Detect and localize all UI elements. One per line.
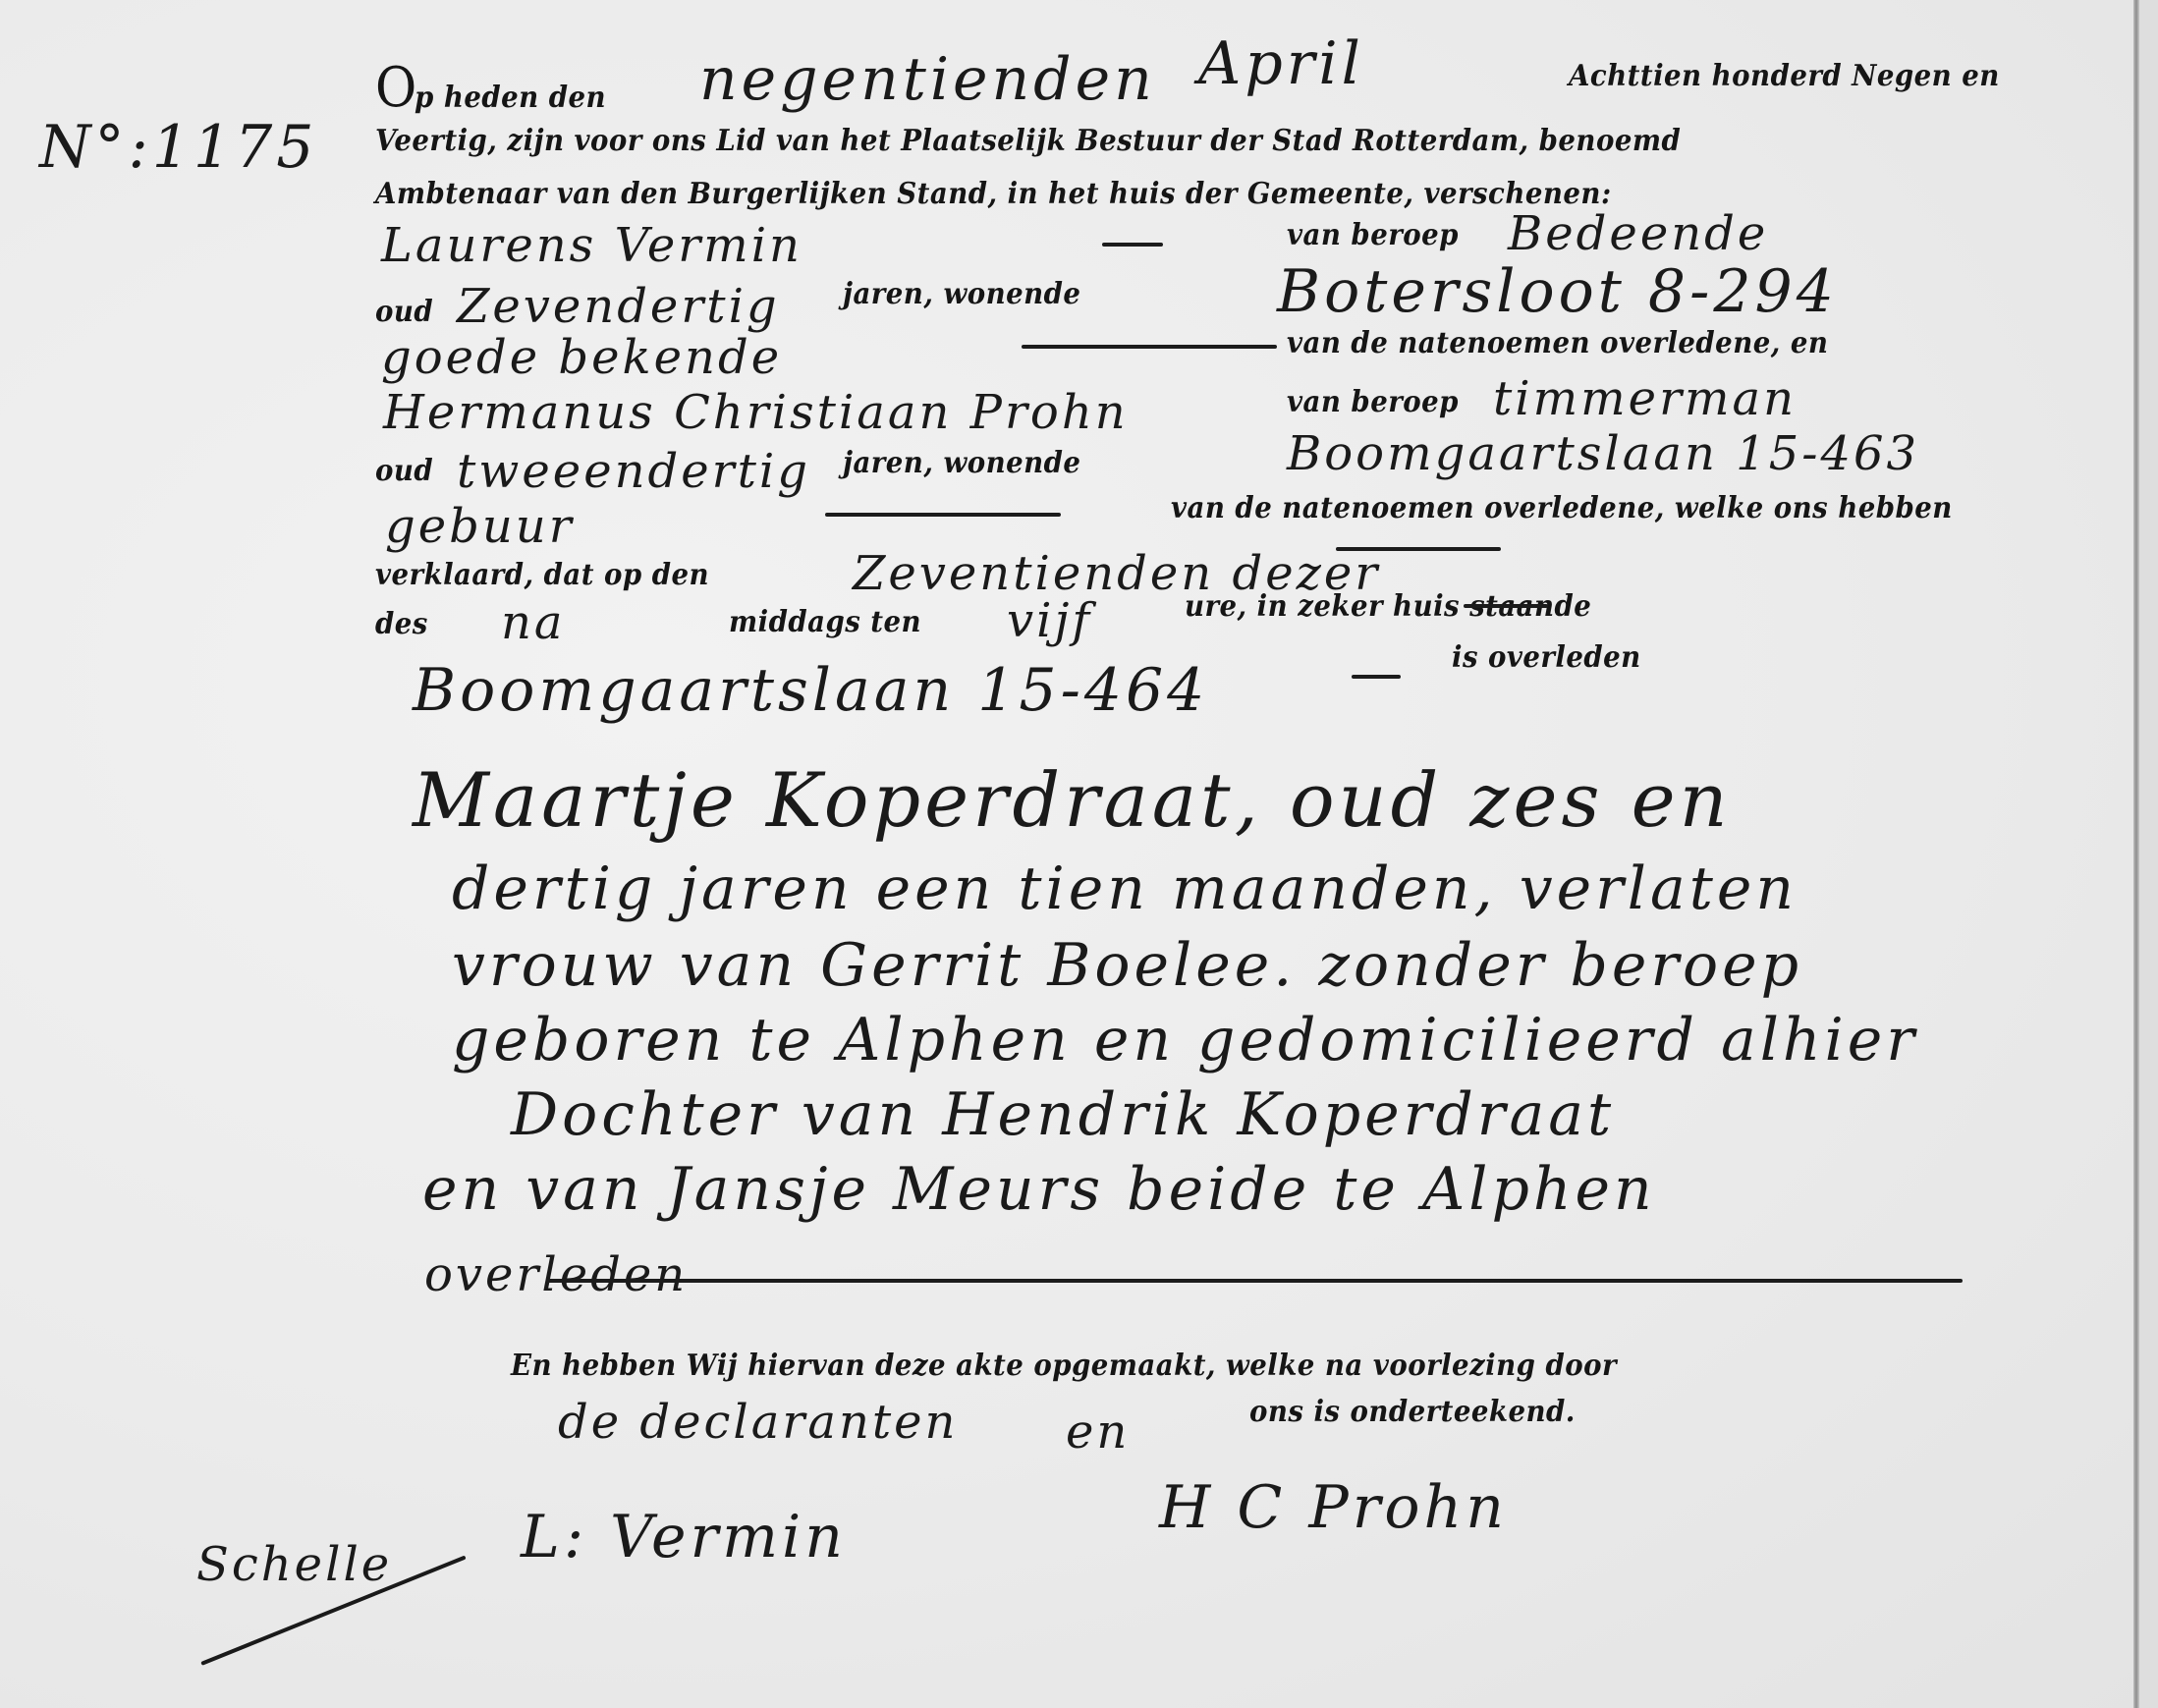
handwritten-address-1: Botersloot 8-294 (1277, 257, 1838, 326)
printed-text: Veertig, zijn voor ons Lid van het Plaat… (375, 124, 1681, 158)
handwritten-deceased-line-3: vrouw van Gerrit Boelee. zonder beroep (452, 931, 1802, 1000)
printed-text: middags ten (729, 605, 921, 639)
fill-line (1352, 675, 1401, 679)
handwritten-relation-2: gebuur (385, 499, 575, 554)
printed-text: jaren, wonende (843, 446, 1080, 480)
handwritten-deceased-line-5: Dochter van Hendrik Koperdraat (511, 1080, 1615, 1149)
fill-line (1022, 345, 1277, 349)
handwritten-relation-1: goede bekende (381, 330, 782, 385)
signature-declarant-2: H C Prohn (1159, 1473, 1508, 1542)
printed-text: ons is onderteekend. (1249, 1395, 1576, 1429)
closing-line (546, 1279, 1963, 1283)
handwritten-death-address: Boomgaartslaan 15-464 (413, 656, 1208, 725)
fill-line (1336, 547, 1501, 551)
handwritten-and: en (1066, 1405, 1130, 1460)
handwritten-declarants: de declaranten (558, 1395, 958, 1450)
printed-text: Ambtenaar van den Burgerlijken Stand, in… (375, 177, 1612, 211)
handwritten-day: negentienden (699, 45, 1156, 114)
handwritten-age-2: tweeendertig (457, 444, 810, 499)
printed-text: van beroep (1287, 385, 1459, 419)
printed-text: p heden den (415, 81, 606, 115)
fill-line (1102, 243, 1163, 247)
printed-text: jaren, wonende (843, 277, 1080, 311)
record-number: N°:1175 (39, 113, 317, 182)
handwritten-deceased-line-7: overleden (424, 1247, 688, 1302)
printed-text: oud (375, 454, 433, 488)
handwritten-deceased-line-4: geboren te Alphen en gedomicilieerd alhi… (452, 1006, 1918, 1074)
handwritten-occupation-1: Bedeende (1508, 206, 1768, 261)
handwritten-occupation-2: timmerman (1493, 371, 1797, 426)
fill-line (825, 513, 1061, 517)
handwritten-hour: vijf (1007, 593, 1092, 648)
handwritten-deceased-line-2: dertig jaren een tien maanden, verlaten (452, 854, 1798, 923)
handwritten-month: April (1198, 29, 1364, 98)
printed-text: van de natenoemen overledene, en (1287, 326, 1828, 360)
document-page: N°:1175 O p heden den negentienden April… (0, 0, 2158, 1708)
adjacent-page (2139, 0, 2158, 1708)
printed-text: van de natenoemen overledene, welke ons … (1171, 491, 1953, 525)
fill-line (1464, 604, 1548, 608)
handwritten-declarant-1-name: Laurens Vermin (381, 218, 802, 273)
printed-text: En hebben Wij hiervan deze akte opgemaak… (511, 1349, 1617, 1383)
handwritten-time-part: na (501, 595, 566, 650)
printed-text: oud (375, 295, 433, 329)
printed-text: is overleden (1452, 640, 1641, 675)
printed-text: Achttien honderd Negen en (1569, 59, 2000, 93)
printed-text: van beroep (1287, 218, 1459, 252)
handwritten-deceased-line-6: en van Jansje Meurs beide te Alphen (422, 1155, 1656, 1224)
handwritten-address-2: Boomgaartslaan 15-463 (1287, 426, 1919, 481)
handwritten-declarant-2-name: Hermanus Christiaan Prohn (383, 385, 1129, 440)
printed-text: verklaard, dat op den (375, 558, 709, 592)
signature-official: Schelle (196, 1537, 392, 1592)
signature-declarant-1: L: Vermin (521, 1503, 847, 1571)
printed-text: des (375, 607, 428, 641)
handwritten-deceased-line-1: Maartje Koperdraat, oud zes en (413, 756, 1732, 844)
printed-initial-o: O (375, 61, 417, 116)
handwritten-age-1: Zevendertig (457, 279, 780, 334)
